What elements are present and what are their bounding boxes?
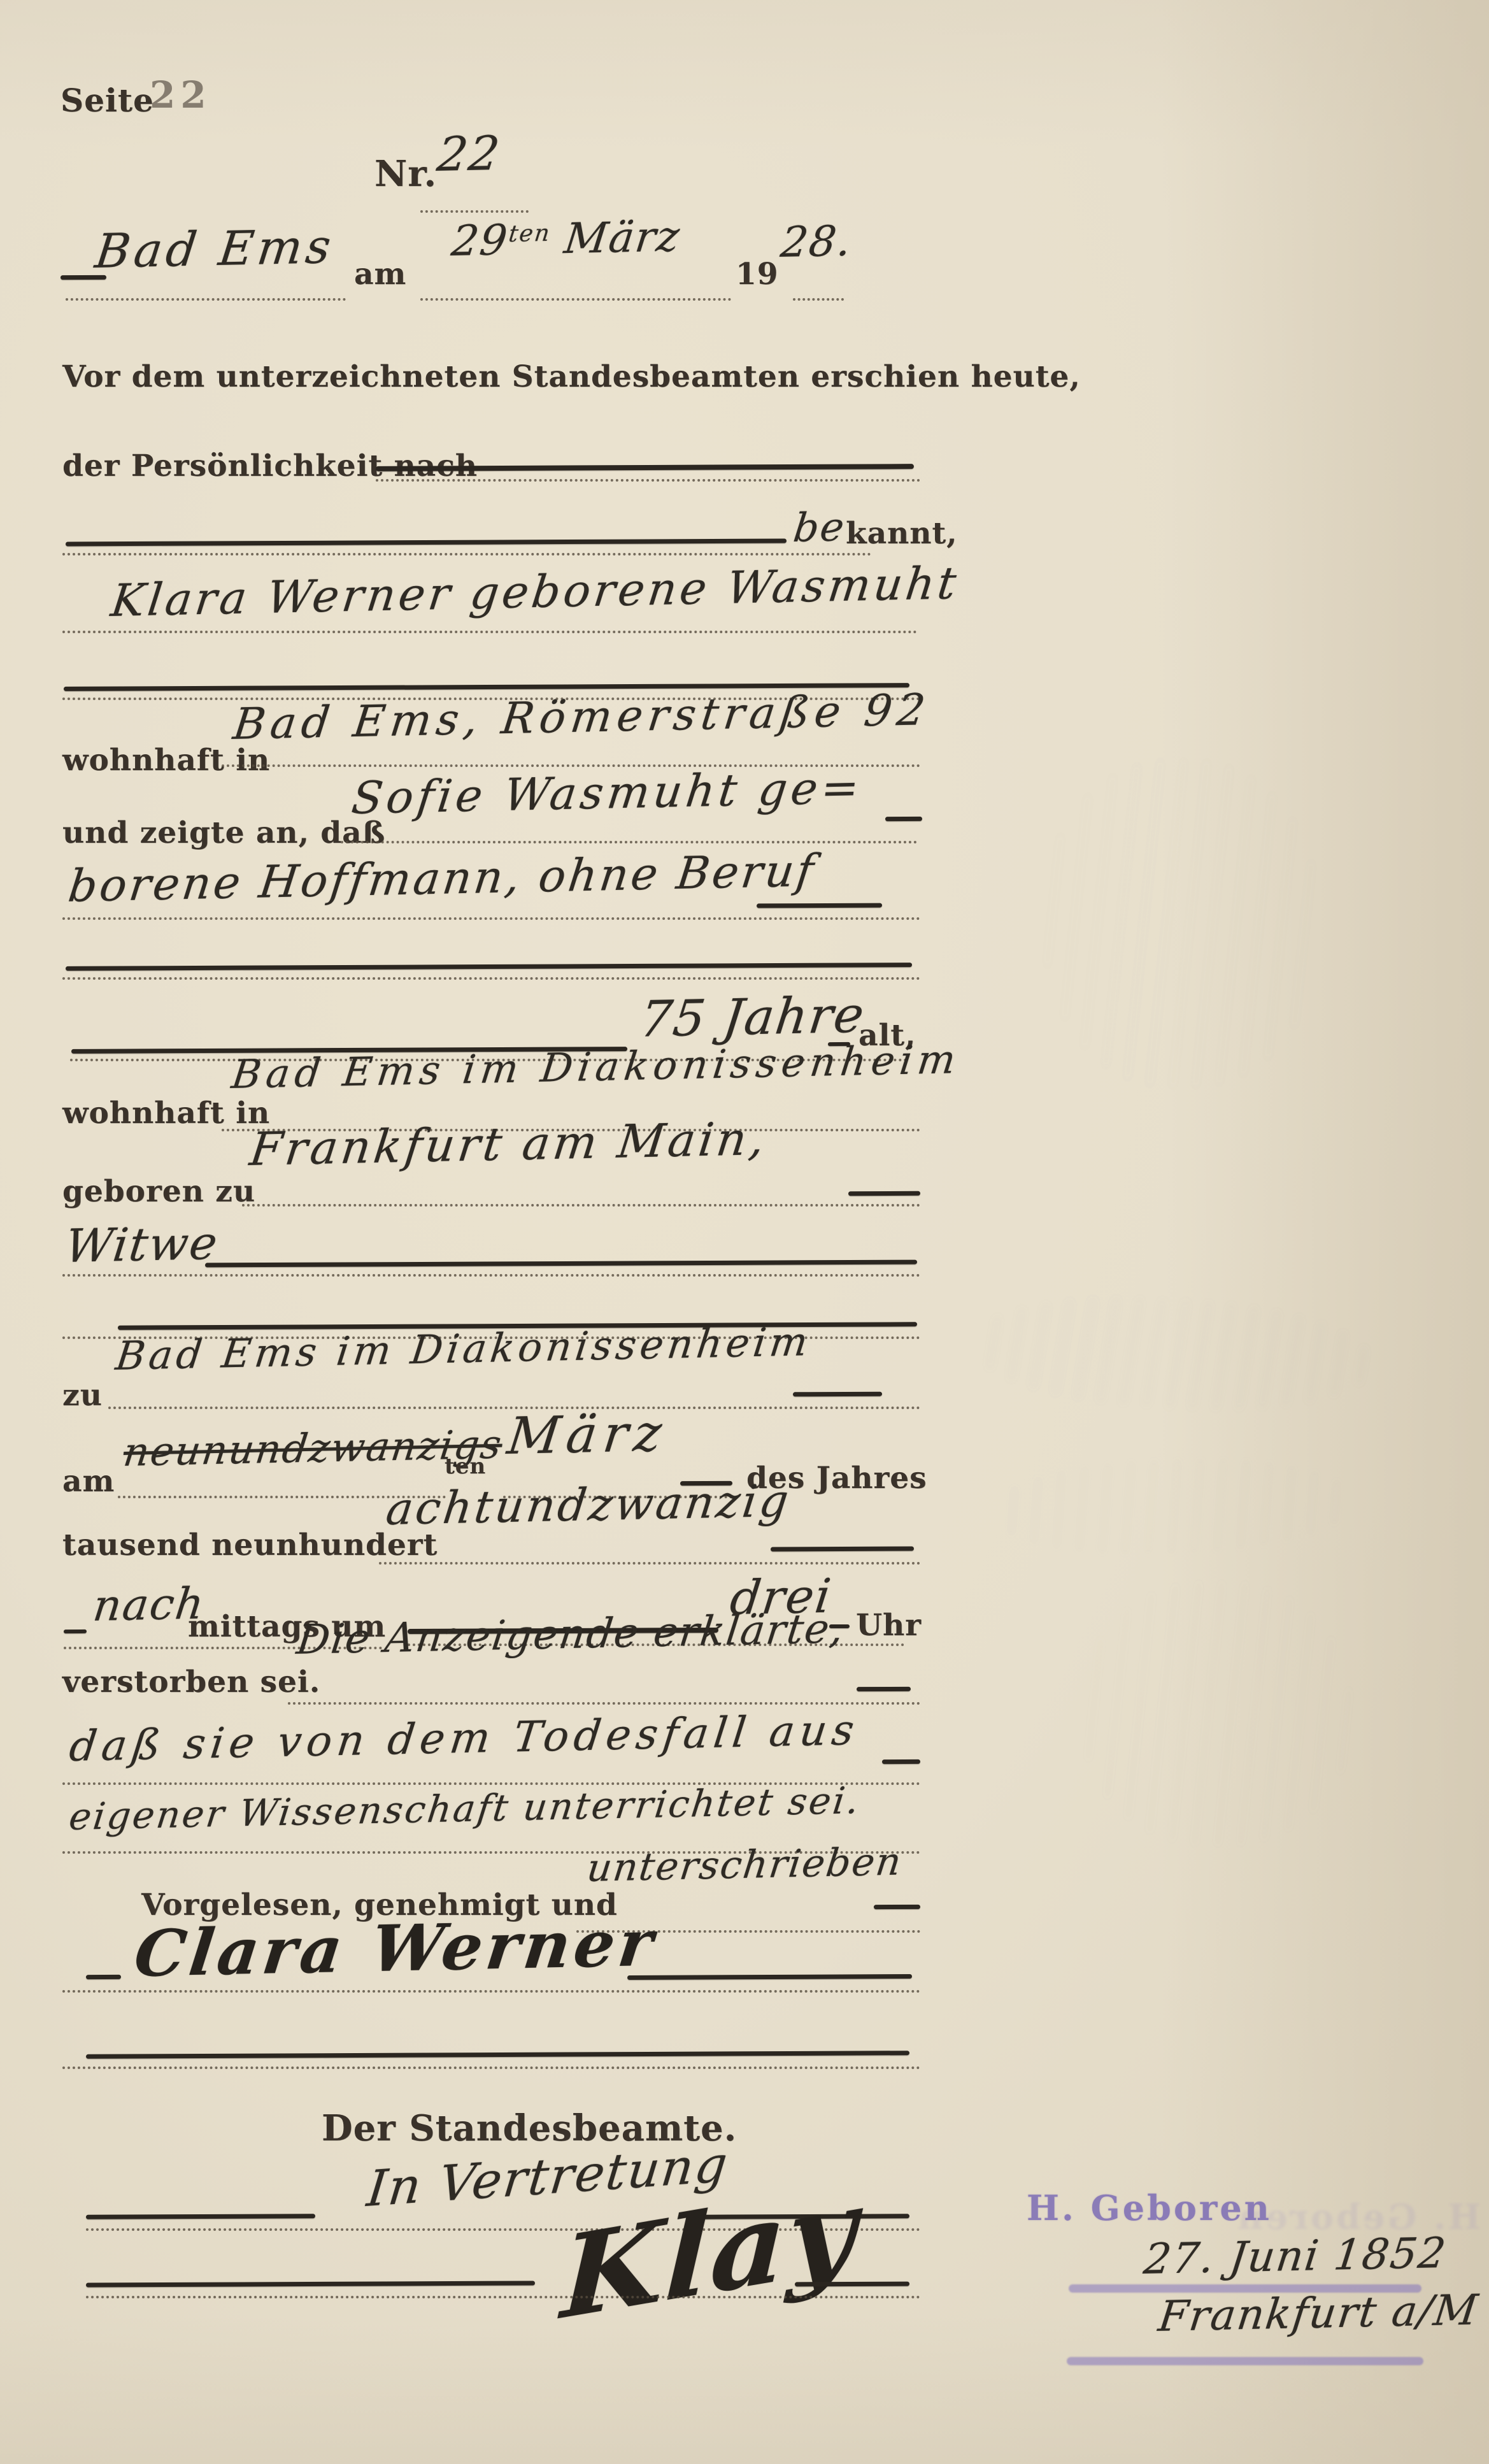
void-stroke <box>66 963 912 971</box>
page-number: 22 <box>150 73 211 117</box>
bleed-through-smudge <box>992 1452 1352 1560</box>
dateline-year-printed: 19 <box>736 257 778 292</box>
dateline-rule-right <box>793 298 844 301</box>
blank-rule <box>62 2066 920 2069</box>
birthplace-value: Frankfurt am Main, <box>247 1112 771 1176</box>
birthplace-label: geboren zu <box>62 1174 255 1209</box>
verstorben-label: verstorben sei. <box>62 1665 320 1700</box>
dateline-day: 29 <box>449 215 511 266</box>
death-month: März <box>504 1403 671 1466</box>
bekannt-rule <box>62 553 871 555</box>
time-lead-dash <box>64 1630 87 1633</box>
dateline-rule-left <box>66 298 346 301</box>
birthplace-rule <box>242 1204 920 1207</box>
death-day-suffix: ten <box>445 1454 486 1479</box>
deceased-line2-dash <box>757 903 882 908</box>
declarant-name: Klara Werner geborene Wasmuht <box>108 557 962 627</box>
declarant-residence-value: Bad Ems, Römerstraße 92 <box>231 685 933 750</box>
record-number-value: 22 <box>434 126 504 182</box>
bekannt-prefix-hw: be <box>791 503 848 551</box>
bleed-through-smudge <box>972 1289 1372 1418</box>
deceased-line1-rule <box>341 841 917 843</box>
death-year-printed: tausend neunhundert <box>62 1528 438 1563</box>
time-uhr-label: Uhr <box>856 1608 922 1643</box>
record-number-rule <box>420 210 529 213</box>
dateline-place: Bad Ems <box>92 219 338 279</box>
persoenlichkeit-rule <box>376 479 920 482</box>
death-year-written: achtundzwanzig <box>383 1475 794 1535</box>
stamp-place-underline <box>1067 2357 1423 2365</box>
declaration-line3: eigener Wissenschaft unterrichtet sei. <box>67 1779 863 1838</box>
signature-lead-dash <box>86 1975 121 1979</box>
registrar-rule-left <box>86 2281 535 2287</box>
deceased-name-line1: Sofie Wasmuht ge= <box>349 761 866 824</box>
record-number-label: Nr. <box>374 153 437 195</box>
stamp-place-hw: Frankfurt a/M <box>1156 2286 1481 2341</box>
birthplace-dash <box>848 1191 920 1196</box>
dateline-date: 29ten März <box>449 212 683 266</box>
void-stroke <box>86 2051 909 2059</box>
declaration-line1-rule <box>288 1702 920 1705</box>
declarant-name-rule <box>62 631 917 633</box>
dateline-am-label: am <box>354 257 406 292</box>
death-year-dash <box>771 1547 914 1552</box>
dateline-year-written: 28. <box>778 217 855 267</box>
vertretung-rule-left <box>86 2214 315 2219</box>
signature-rule <box>62 1990 920 1993</box>
closing-hw: unterschrieben <box>585 1840 904 1891</box>
declaration-line1-dash <box>857 1687 911 1691</box>
deceased-residence-label: wohnhaft in <box>62 1096 270 1131</box>
dateline-rule-mid <box>420 298 731 301</box>
dateline-month: März <box>562 212 683 264</box>
marital-void-stroke <box>205 1260 917 1268</box>
signature-void-stroke <box>627 1974 912 1980</box>
deceased-name-line2: borene Hoffmann, ohne Beruf <box>66 845 819 912</box>
intro-line1: Vor dem unterzeichneten Standesbeamten e… <box>62 359 1081 394</box>
bleed-through-smudge <box>1083 1580 1350 1847</box>
declarant-signature: Clara Werner <box>131 1905 660 1991</box>
marital-status-value: Witwe <box>62 1216 222 1273</box>
deceased-residence-value: Bad Ems im Diakonissenheim <box>229 1036 963 1098</box>
stamp-date-hw: 27. Juni 1852 <box>1141 2228 1450 2284</box>
death-year-rule <box>379 1562 920 1565</box>
death-place-dash <box>793 1392 882 1397</box>
dateline-day-suffix: ten <box>507 219 552 247</box>
deceased-line1-dash <box>885 817 922 821</box>
death-date-am-label: am <box>62 1464 115 1499</box>
death-place-label: zu <box>62 1378 103 1413</box>
registrar-rule-right <box>795 2282 909 2287</box>
anzeige-label: und zeigte an, daß <box>62 815 385 850</box>
deceased-line2-rule <box>62 917 920 920</box>
declaration-line2-dash <box>882 1759 920 1764</box>
marital-rule <box>62 1274 920 1277</box>
declaration-line2: daß sie von dem Todesfall aus <box>67 1705 862 1771</box>
document-page: Seite 22 Nr. 22 Bad Ems am 29ten März 19… <box>0 0 1489 2464</box>
closing-dash <box>874 1905 920 1909</box>
blank-rule <box>62 977 920 980</box>
bekannt-printed: kannt, <box>846 516 957 551</box>
bleed-through-smudge <box>1044 758 1318 1089</box>
bekannt-void-stroke <box>66 539 787 547</box>
page-label: Seite <box>61 82 154 119</box>
registrar-rule-dotted <box>86 2296 920 2298</box>
